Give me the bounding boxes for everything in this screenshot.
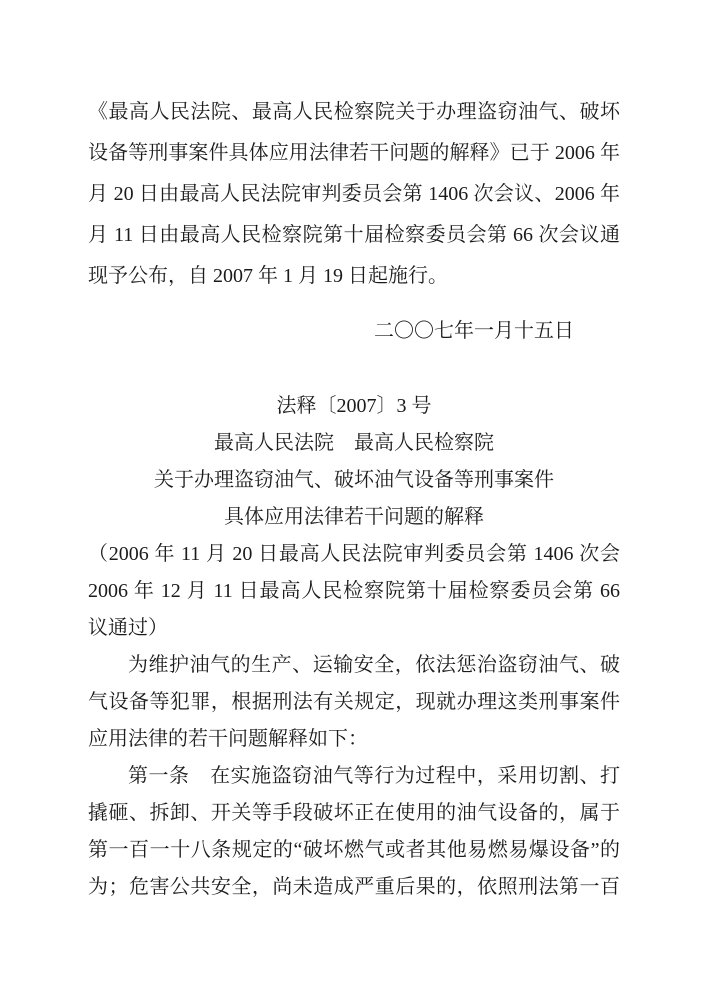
- announcement-line-5: 现予公布，自 2007 年 1 月 19 日起施行。: [88, 256, 620, 297]
- adoption-note-line-2: 2006 年 12 月 11 日最高人民检察院第十届检察委员会第 66 次会: [88, 573, 620, 610]
- doc-number: 法释〔2007〕3 号: [88, 388, 620, 425]
- announcement-line-4: 月 11 日由最高人民检察院第十届检察委员会第 66 次会议通过，: [88, 215, 620, 256]
- preamble-line-3: 应用法律的若干问题解释如下：: [88, 721, 620, 758]
- preamble-paragraph: 为维护油气的生产、运输安全，依法惩治盗窃油气、破坏油 气设备等犯罪，根据刑法有关…: [88, 647, 620, 758]
- preamble-line-2: 气设备等犯罪，根据刑法有关规定，现就办理这类刑事案件具体: [88, 684, 620, 721]
- document-title: 最高人民法院 最高人民检察院 关于办理盗窃油气、破坏油气设备等刑事案件 具体应用…: [88, 425, 620, 536]
- signature-date: 二〇〇七年一月十五日: [88, 311, 620, 352]
- article-1-line-1: 第一条 在实施盗窃油气等行为过程中，采用切割、打孔、: [88, 758, 620, 795]
- title-line-subtitle: 具体应用法律若干问题的解释: [88, 499, 620, 536]
- adoption-note-line-3: 议通过）: [88, 610, 620, 647]
- announcement-line-2: 设备等刑事案件具体应用法律若干问题的解释》已于 2006 年 11: [88, 133, 620, 174]
- announcement-line-3: 月 20 日由最高人民法院审判委员会第 1406 次会议、2006 年 12: [88, 174, 620, 215]
- article-1-line-4: 为；危害公共安全，尚未造成严重后果的，依照刑法第一百一十: [88, 869, 620, 906]
- article-1-line-3: 第一百一十八条规定的“破坏燃气或者其他易燃易爆设备”的行: [88, 832, 620, 869]
- adoption-note-paragraph: （2006 年 11 月 20 日最高人民法院审判委员会第 1406 次会议、 …: [88, 536, 620, 647]
- announcement-line-1: 《最高人民法院、最高人民检察院关于办理盗窃油气、破坏油气: [88, 92, 620, 133]
- announcement-paragraph: 《最高人民法院、最高人民检察院关于办理盗窃油气、破坏油气 设备等刑事案件具体应用…: [88, 92, 620, 297]
- title-line-issuers: 最高人民法院 最高人民检察院: [88, 425, 620, 462]
- adoption-note-line-1: （2006 年 11 月 20 日最高人民法院审判委员会第 1406 次会议、: [88, 536, 620, 573]
- preamble-line-1: 为维护油气的生产、运输安全，依法惩治盗窃油气、破坏油: [88, 647, 620, 684]
- article-1-line-2: 撬砸、拆卸、开关等手段破坏正在使用的油气设备的，属于刑法: [88, 795, 620, 832]
- document-page: 《最高人民法院、最高人民检察院关于办理盗窃油气、破坏油气 设备等刑事案件具体应用…: [0, 0, 707, 999]
- article-1-paragraph: 第一条 在实施盗窃油气等行为过程中，采用切割、打孔、 撬砸、拆卸、开关等手段破坏…: [88, 758, 620, 906]
- title-line-subject: 关于办理盗窃油气、破坏油气设备等刑事案件: [88, 462, 620, 499]
